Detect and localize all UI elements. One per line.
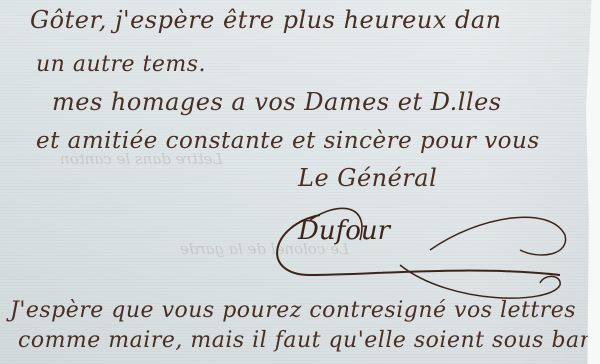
letter-photo: Lettre dans le canton Le colonel de la g…: [0, 0, 600, 364]
letter-line-2: un autre tems.: [36, 52, 206, 77]
signatory-title: Le Général: [298, 164, 437, 192]
signature: Dufour: [298, 216, 390, 246]
signature-flourish-icon: [250, 195, 570, 305]
letter-line-3: mes homages a vos Dames et D.lles: [52, 88, 502, 116]
letter-line-4: et amitiée constante et sincère pour vou…: [36, 128, 540, 154]
postscript-line-2: comme maire, mais il faut qu'elle soient…: [18, 328, 600, 353]
letter-line-1: Gôter, j'espère être plus heureux dan: [30, 6, 502, 34]
postscript-line-1: J'espère que vous pourez contresigné vos…: [10, 298, 576, 323]
paper-edge: [586, 0, 600, 364]
